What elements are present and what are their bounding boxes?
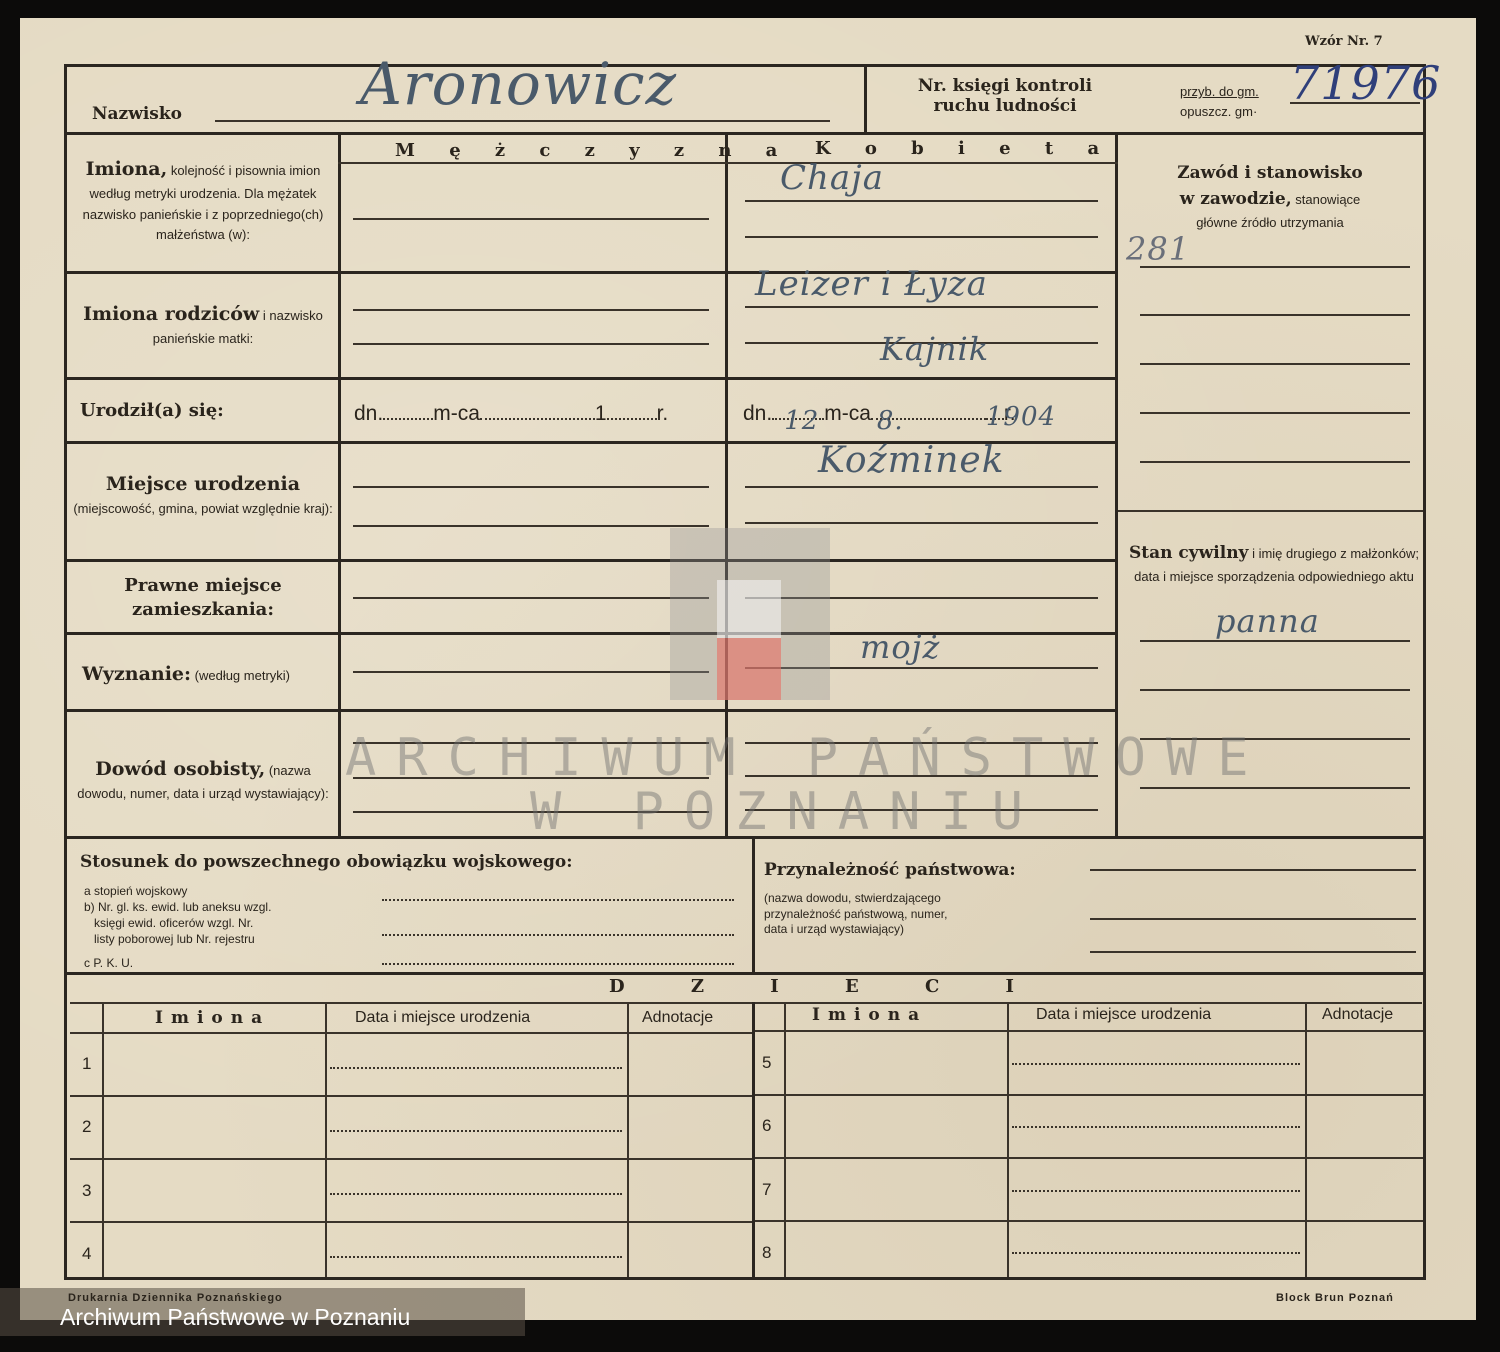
military-b3-line[interactable] <box>382 934 734 936</box>
child-row-number: 2 <box>82 1117 91 1137</box>
printer-left: Drukarnia Dziennika Poznańskiego <box>68 1292 283 1304</box>
left-label: opuszcz. gm· <box>1180 104 1257 119</box>
child-row-number: 5 <box>762 1053 771 1073</box>
col-man-header: M ę ż c z y z n a <box>395 140 791 161</box>
civil-status-label: Stan cywilny i imię drugiego z małżonków… <box>1124 540 1424 588</box>
children-right-header-notes: Adnotacje <box>1322 1006 1393 1024</box>
woman-birthplace-value[interactable]: Koźminek <box>818 440 1005 481</box>
child-row-number: 3 <box>82 1181 91 1201</box>
children-left-header-date: Data i miejsce urodzenia <box>355 1009 530 1027</box>
military-c-line[interactable] <box>382 963 734 965</box>
woman-parents-value-1[interactable]: Leizer i Łyza <box>755 264 988 304</box>
children-left-header-names: Imiona <box>155 1008 270 1028</box>
flag-red-icon <box>717 638 781 700</box>
row-birthplace-label: Miejsce urodzenia (miejscowość, gmina, p… <box>72 470 334 518</box>
row-names-label: Imiona, kolejność i pisownia imion wedłu… <box>72 155 334 245</box>
children-right-header-date: Data i miejsce urodzenia <box>1036 1006 1211 1024</box>
child-row-number: 4 <box>82 1244 91 1264</box>
child-row-number: 7 <box>762 1180 771 1200</box>
child-row-number: 1 <box>82 1054 91 1074</box>
row-id-label: Dowód osobisty, (nazwa dowodu, numer, da… <box>72 755 334 803</box>
woman-born-field[interactable]: dn.12m-ca8.1904r. <box>743 402 1103 426</box>
arrived-value[interactable]: 71976 <box>1290 56 1441 110</box>
row-parents-label: Imiona rodziców i nazwisko panieńskie ma… <box>72 300 334 348</box>
book-label-1: Nr. księgi kontroli <box>880 76 1130 96</box>
row-residence-label: Prawne miejsce zamieszkania: <box>72 574 334 623</box>
woman-religion-value[interactable]: mojż <box>860 628 940 666</box>
military-fields: a stopień wojskowy b) Nr. gl. ks. ewid. … <box>84 884 384 972</box>
woman-parents-value-2[interactable]: Kajnik <box>880 330 989 368</box>
children-title: D Z I E C I <box>609 976 1044 997</box>
citizenship-note: (nazwa dowodu, stwierdzającego przynależ… <box>764 891 947 938</box>
occupation-value[interactable]: 281 <box>1126 230 1190 268</box>
row-religion-label: Wyznanie: (według metryki) <box>82 663 290 685</box>
child-row-number: 8 <box>762 1243 771 1263</box>
woman-names-value[interactable]: Chaja <box>780 158 884 198</box>
citizenship-title: Przynależność państwowa: <box>764 860 1016 880</box>
template-number: Wzór Nr. 7 <box>1305 34 1383 49</box>
watermark-line-1: ARCHIWUM PAŃSTWOWE <box>345 728 1269 788</box>
civil-status-value[interactable]: panna <box>1215 602 1320 640</box>
child-row-number: 6 <box>762 1116 771 1136</box>
arrived-label: przyb. do gm. <box>1180 84 1259 99</box>
printer-right: Block Brun Poznań <box>1276 1292 1394 1304</box>
occupation-label: Zawód i stanowisko w zawodzie, stanowiąc… <box>1120 160 1420 233</box>
man-born-field[interactable]: dn.m-ca1r. <box>354 402 714 426</box>
book-label-2: ruchu ludności <box>880 96 1130 116</box>
military-b-line[interactable] <box>382 899 734 901</box>
surname-label: Nazwisko <box>92 104 182 124</box>
archive-label: Archiwum Państwowe w Poznaniu <box>60 1304 410 1331</box>
col-woman-header: K o b i e t a <box>815 138 1113 159</box>
children-right-header-names: Imiona <box>812 1005 927 1025</box>
children-left-header-notes: Adnotacje <box>642 1009 713 1027</box>
flag-white-icon <box>717 580 781 638</box>
row-born-label: Urodził(a) się: <box>80 400 224 421</box>
surname-value[interactable]: Aronowicz <box>360 50 677 118</box>
watermark-line-2: W POZNANIU <box>530 782 1043 842</box>
military-title: Stosunek do powszechnego obowiązku wojsk… <box>80 852 573 872</box>
